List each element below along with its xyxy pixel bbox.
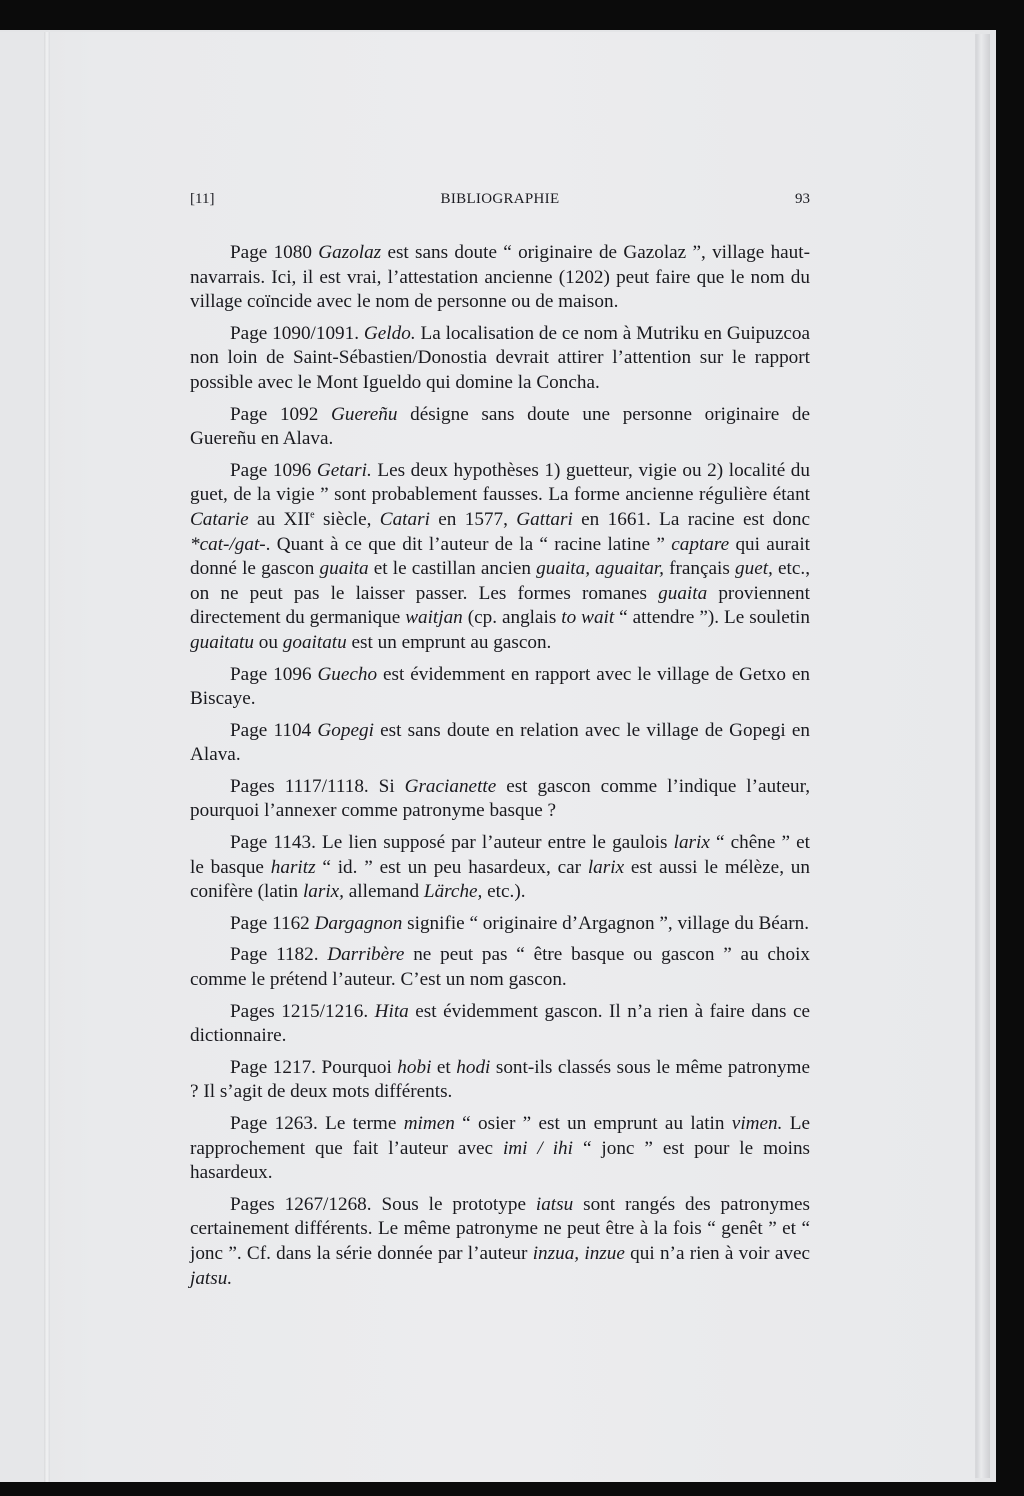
italic-term: Hita: [375, 1001, 409, 1022]
italic-term: larix: [588, 857, 624, 878]
book-gutter: [44, 32, 50, 1482]
italic-term: Getari.: [317, 460, 372, 481]
text-run: en 1661. La racine est donc: [573, 509, 810, 530]
italic-term: iatsu: [536, 1194, 573, 1215]
paragraph-p1096a: Page 1096 Getari. Les deux hypothèses 1)…: [190, 459, 810, 656]
italic-term: guaitatu: [190, 632, 254, 653]
italic-term: Gazolaz: [318, 242, 381, 263]
italic-term: Geldo.: [364, 323, 416, 344]
italic-term: hobi: [397, 1057, 431, 1078]
text-run: Page 1096: [230, 460, 317, 481]
text-run: Page 1162: [230, 913, 315, 934]
italic-term: jatsu.: [190, 1268, 232, 1289]
paragraph-p1182: Page 1182. Darribère ne peut pas “ être …: [190, 943, 810, 992]
text-run: signifie “ originaire d’Argagnon ”, vill…: [402, 913, 809, 934]
paragraph-p1162: Page 1162 Dargagnon signifie “ originair…: [190, 912, 810, 937]
text-run: allemand: [344, 881, 424, 902]
italic-term: imi / ihi: [503, 1138, 573, 1159]
italic-term: to wait: [561, 607, 614, 628]
text-run: “ attendre ”). Le souletin: [614, 607, 810, 628]
italic-term: larix,: [303, 881, 344, 902]
paragraph-p1117: Pages 1117/1118. Si Gracianette est gasc…: [190, 775, 810, 824]
text-run: et le castillan ancien: [369, 558, 537, 579]
paragraph-p1215: Pages 1215/1216. Hita est évidemment gas…: [190, 1000, 810, 1049]
italic-term: haritz: [271, 857, 316, 878]
paragraph-p1143: Page 1143. Le lien supposé par l’auteur …: [190, 831, 810, 905]
italic-term: larix: [674, 832, 710, 853]
italic-term: guet,: [735, 558, 773, 579]
italic-term: vimen.: [732, 1113, 783, 1134]
text-run: siècle,: [315, 509, 380, 530]
text-run: Page 1096: [230, 664, 317, 685]
text-run: en 1577,: [430, 509, 516, 530]
body-text: Page 1080 Gazolaz est sans doute “ origi…: [190, 241, 810, 1298]
text-run: Pages 1117/1118. Si: [230, 776, 405, 797]
paragraph-p1096b: Page 1096 Guecho est évidemment en rappo…: [190, 663, 810, 712]
italic-term: captare: [671, 534, 729, 555]
paragraph-p1080: Page 1080 Gazolaz est sans doute “ origi…: [190, 241, 810, 315]
paragraph-p1090: Page 1090/1091. Geldo. La localisation d…: [190, 322, 810, 396]
paragraph-p1267: Pages 1267/1268. Sous le prototype iatsu…: [190, 1193, 810, 1291]
italic-term: Gopegi: [317, 720, 374, 741]
text-run: Page 1143. Le lien supposé par l’auteur …: [230, 832, 674, 853]
running-head: [11] BIBLIOGRAPHIE 93: [190, 191, 810, 211]
text-run: Page 1104: [230, 720, 317, 741]
text-run: est un emprunt au gascon.: [347, 632, 552, 653]
italic-term: mimen: [404, 1113, 455, 1134]
italic-term: Lärche,: [424, 881, 482, 902]
italic-term: Gracianette: [405, 776, 497, 797]
italic-term: inzua, inzue: [533, 1243, 625, 1264]
text-run: qui n’a rien à voir avec: [625, 1243, 810, 1264]
italic-term: goaitatu: [283, 632, 347, 653]
italic-term: Guecho: [317, 664, 377, 685]
text-run: Pages 1267/1268. Sous le prototype: [230, 1194, 536, 1215]
italic-term: Gattari: [516, 509, 573, 530]
text-run: Pages 1215/1216.: [230, 1001, 375, 1022]
text-run: “ id. ” est un peu hasardeux, car: [316, 857, 588, 878]
italic-term: guaita: [658, 583, 707, 604]
text-run: Page 1090/1091.: [230, 323, 364, 344]
italic-term: guaita, aguaitar,: [536, 558, 664, 579]
text-run: au XII: [249, 509, 310, 530]
text-run: et: [431, 1057, 456, 1078]
text-run: . Quant à ce que dit l’auteur de la “ ra…: [266, 534, 672, 555]
facing-page-edge: [0, 32, 44, 1482]
text-run: Page 1080: [230, 242, 318, 263]
italic-term: guaita: [320, 558, 369, 579]
italic-term: Catarie: [190, 509, 249, 530]
text-run: Page 1182.: [230, 944, 327, 965]
text-run: “ osier ” est un emprunt au latin: [455, 1113, 732, 1134]
text-run: etc.).: [482, 881, 525, 902]
text-run: Page 1263. Le terme: [230, 1113, 404, 1134]
italic-term: Dargagnon: [315, 913, 403, 934]
italic-term: Guereñu: [331, 404, 397, 425]
text-run: (cp. anglais: [463, 607, 562, 628]
italic-term: Catari: [380, 509, 430, 530]
paragraph-p1104: Page 1104 Gopegi est sans doute en relat…: [190, 719, 810, 768]
text-run: Page 1217. Pourquoi: [230, 1057, 397, 1078]
running-title: BIBLIOGRAPHIE: [190, 191, 810, 208]
italic-term: hodi: [456, 1057, 490, 1078]
text-run: Page 1092: [230, 404, 331, 425]
italic-term: *cat-/gat-: [190, 534, 266, 555]
text-run: français: [664, 558, 735, 579]
italic-term: waitjan: [405, 607, 463, 628]
paragraph-p1217: Page 1217. Pourquoi hobi et hodi sont-il…: [190, 1056, 810, 1105]
paragraph-p1092: Page 1092 Guereñu désigne sans doute une…: [190, 403, 810, 452]
italic-term: Darribère: [327, 944, 404, 965]
text-run: ou: [254, 632, 283, 653]
paragraph-p1263: Page 1263. Le terme mimen “ osier ” est …: [190, 1112, 810, 1186]
page-number: 93: [795, 191, 810, 208]
